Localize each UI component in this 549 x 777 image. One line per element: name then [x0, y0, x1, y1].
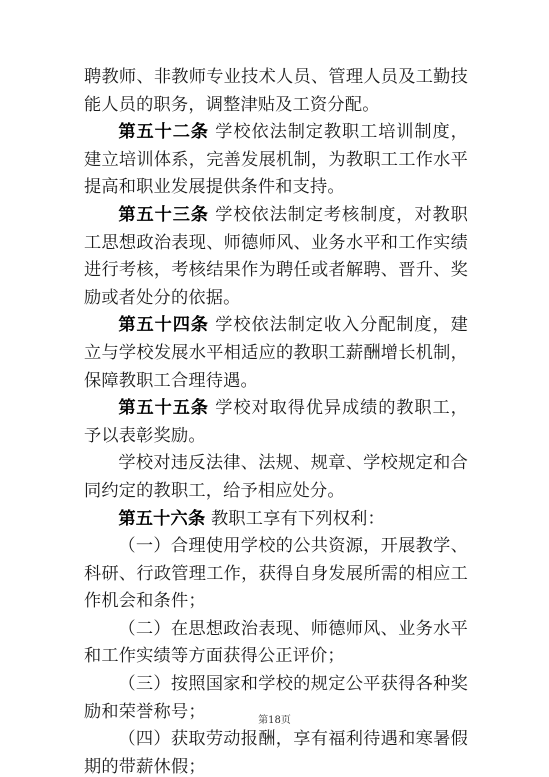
article-heading: 第五十三条	[118, 205, 209, 225]
article-56: 第五十六条 教职工享有下列权利：	[84, 506, 468, 534]
paragraph-text: 学校对违反法律、法规、规章、学校规定和合同约定的教职工，给予相应处分。	[84, 453, 468, 501]
article-53: 第五十三条 学校依法制定考核制度，对教职工思想政治表现、师德师风、业务水平和工作…	[84, 202, 468, 312]
article-54: 第五十四条 学校依法制定收入分配制度，建立与学校发展水平相适应的教职工薪酬增长机…	[84, 312, 468, 395]
paragraph-text: （一）合理使用学校的公共资源，开展教学、科研、行政管理工作，获得自身发展所需的相…	[84, 536, 468, 611]
article-heading: 第五十六条	[118, 509, 205, 529]
document-body: 聘教师、非教师专业技术人员、管理人员及工勤技能人员的职务，调整津贴及工资分配。 …	[84, 64, 468, 777]
right-item-1: （一）合理使用学校的公共资源，开展教学、科研、行政管理工作，获得自身发展所需的相…	[84, 533, 468, 616]
article-55: 第五十五条 学校对取得优异成绩的教职工，予以表彰奖励。	[84, 395, 468, 450]
article-55-paragraph-2: 学校对违反法律、法规、规章、学校规定和合同约定的教职工，给予相应处分。	[84, 450, 468, 505]
paragraph-text: 聘教师、非教师专业技术人员、管理人员及工勤技能人员的职务，调整津贴及工资分配。	[84, 67, 468, 115]
document-page: 聘教师、非教师专业技术人员、管理人员及工勤技能人员的职务，调整津贴及工资分配。 …	[0, 0, 549, 777]
article-heading: 第五十五条	[118, 398, 209, 418]
article-heading: 第五十二条	[118, 122, 209, 142]
article-heading: 第五十四条	[118, 315, 209, 335]
paragraph-0: 聘教师、非教师专业技术人员、管理人员及工勤技能人员的职务，调整津贴及工资分配。	[84, 64, 468, 119]
paragraph-text: （四）获取劳动报酬，享有福利待遇和寒暑假期的带薪休假；	[84, 729, 468, 777]
article-52: 第五十二条 学校依法制定教职工培训制度，建立培训体系，完善发展机制，为教职工工作…	[84, 119, 468, 202]
right-item-4: （四）获取劳动报酬，享有福利待遇和寒暑假期的带薪休假；	[84, 726, 468, 777]
paragraph-text: （二）在思想政治表现、师德师风、业务水平和工作实绩等方面获得公正评价；	[84, 619, 468, 667]
page-number: 第18页	[0, 711, 549, 726]
right-item-2: （二）在思想政治表现、师德师风、业务水平和工作实绩等方面获得公正评价；	[84, 616, 468, 671]
paragraph-text: 教职工享有下列权利：	[205, 509, 385, 529]
